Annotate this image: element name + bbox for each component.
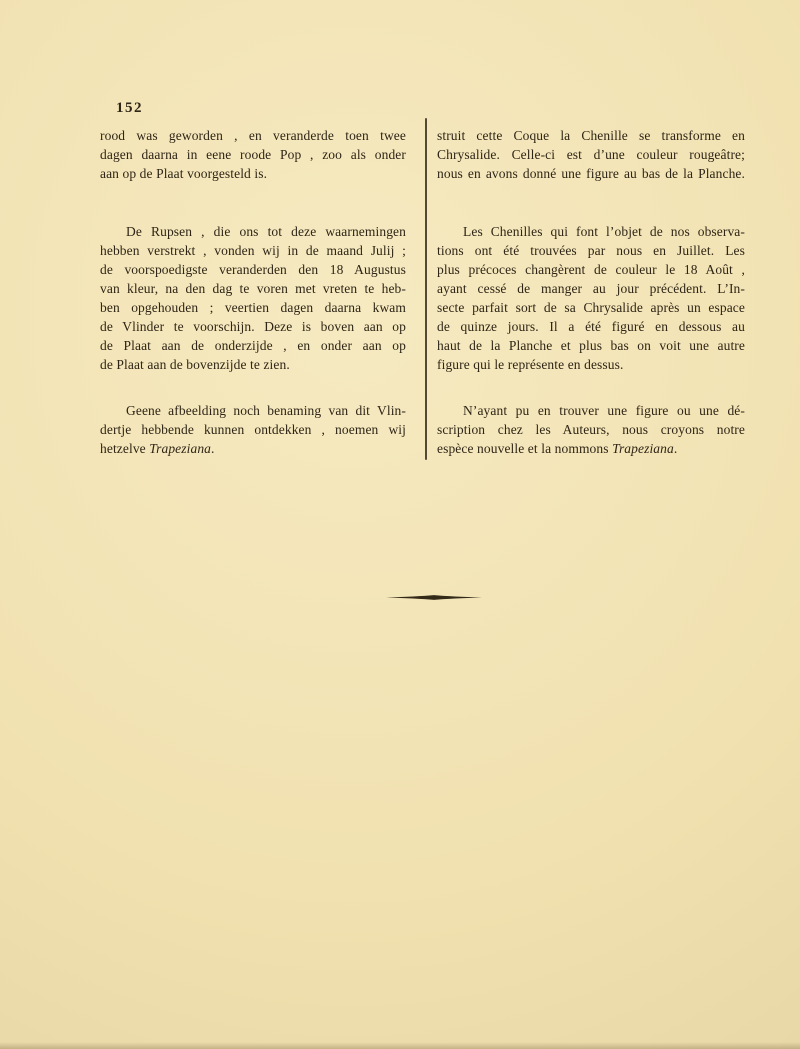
paragraph-text: Geene afbeelding noch benaming van dit V… xyxy=(100,401,406,439)
page-number: 152 xyxy=(116,100,143,117)
species-name-tail: . xyxy=(674,441,677,456)
paragraph-last-line: espèce nouvelle et la nommons Trapeziana… xyxy=(437,439,745,458)
paragraph-last-line: de Plaat aan de bovenzijde te zien. xyxy=(100,355,406,374)
paragraph-last-line: figure qui le représente en dessus. xyxy=(437,355,745,374)
paragraph-last-line: hetzelve Trapeziana. xyxy=(100,439,406,458)
paragraph-text: N’ayant pu en trouver une figure ou une … xyxy=(437,401,745,439)
paragraph-text: struit cette Coque la Chenille se transf… xyxy=(437,126,745,183)
paragraph-text: rood was geworden , en veranderde toen t… xyxy=(100,126,406,164)
column-divider-line xyxy=(425,118,427,460)
page-bottom-shadow xyxy=(0,1042,800,1049)
paragraph-dutch-3: Geene afbeelding noch benaming van dit V… xyxy=(100,401,406,458)
paragraph-text: De Rupsen , die ons tot deze waarneminge… xyxy=(100,222,406,355)
book-page-scan: 152 rood was geworden , en veranderde to… xyxy=(0,0,800,1049)
right-column-french: struit cette Coque la Chenille se transf… xyxy=(437,126,745,458)
paragraph-french-2: Les Chenilles qui font l’objet de nos ob… xyxy=(437,222,745,374)
tapered-divider-rule xyxy=(386,594,482,601)
paragraph-text: Les Chenilles qui font l’objet de nos ob… xyxy=(437,222,745,355)
paragraph-french-1: struit cette Coque la Chenille se transf… xyxy=(437,126,745,183)
paragraph-dutch-2: De Rupsen , die ons tot deze waarneminge… xyxy=(100,222,406,374)
species-name-lead: hetzelve xyxy=(100,441,149,456)
paragraph-dutch-1: rood was geworden , en veranderde toen t… xyxy=(100,126,406,183)
species-name-tail: . xyxy=(211,441,214,456)
left-column-dutch: rood was geworden , en veranderde toen t… xyxy=(100,126,406,458)
species-name-italic: Trapeziana xyxy=(612,441,674,456)
paragraph-last-line: aan op de Plaat voorgesteld is. xyxy=(100,164,406,183)
species-name-italic: Trapeziana xyxy=(149,441,211,456)
species-name-lead: espèce nouvelle et la nommons xyxy=(437,441,612,456)
paragraph-french-3: N’ayant pu en trouver une figure ou une … xyxy=(437,401,745,458)
